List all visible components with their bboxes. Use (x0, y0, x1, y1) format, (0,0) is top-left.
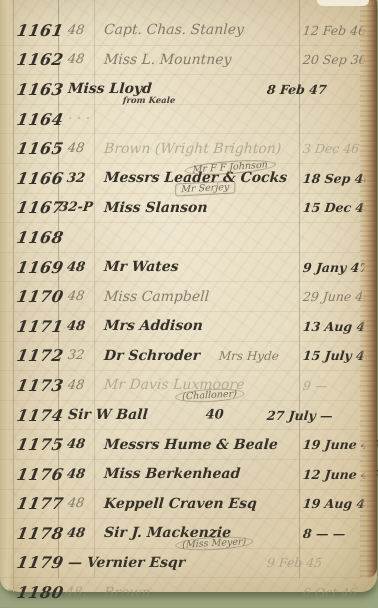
ledger-row: 1171 48 Mrs Addison 13 Aug 46 (0, 312, 360, 342)
name-text: Dr Schroder (103, 348, 200, 364)
name-text: — Vernier Esqr (67, 555, 185, 571)
date-cell: 9 — (298, 378, 361, 393)
fee-cell: 48 (57, 467, 95, 482)
name-cell: Messrs Hume & Beale (93, 437, 299, 453)
fee-cell: 48 (57, 319, 95, 334)
entry-number: 1171 (0, 317, 60, 336)
entry-number: 1165 (0, 139, 60, 158)
ledger-row: 1165 48 Brown (Wright Brighton) 3 Dec 46 (0, 134, 360, 164)
fee-cell: 48. (57, 585, 95, 600)
date-cell: 6 Oct 46 (298, 585, 361, 600)
ledger-row: 1178 48 Sir J. Mackenzie (Miss Meyer) 8 … (0, 519, 360, 549)
mid-note: 40 (205, 408, 224, 423)
ledger-row: 1161 48 Capt. Chas. Stanley 12 Feb 46 (0, 16, 360, 46)
date-cell: 13 Aug 46 (298, 319, 361, 334)
ledger-row: 1163 Miss Lloyd from Keale 8 Feb 47 (0, 75, 360, 105)
ledger-row: 1172 32 Dr Schroder Mrs Hyde 15 July 46 (0, 342, 360, 372)
name-cell: Miss Slanson (93, 200, 299, 216)
date-cell: 9 Jany 47 (298, 260, 361, 275)
date-cell: 19 June 46 (298, 437, 361, 452)
date-cell: 19 Aug 46 (298, 496, 361, 511)
name-cell: Capt. Chas. Stanley (93, 22, 299, 38)
entry-number: 1166 (0, 169, 60, 188)
fee-cell: 32-P (57, 200, 95, 215)
date-cell: 20 Sep 36 (298, 52, 361, 67)
entry-number: 1176 (0, 465, 60, 484)
name-text: Miss Berkenhead (103, 466, 240, 482)
name-cell: Keppell Craven Esq (93, 496, 299, 512)
name-cell: Mr Davis Luxmoore (Challoner) (93, 377, 299, 393)
fee-cell: 48 (57, 437, 95, 452)
book-fore-edge (360, 0, 377, 578)
adjacent-page-sliver (317, 0, 369, 6)
entry-number: 1180 (0, 583, 60, 602)
date-cell: 15 July 46 (298, 348, 361, 363)
name-text: Mrs Addison (103, 318, 203, 334)
date-cell: 18 Sep 46 (298, 171, 361, 186)
name-cell: Mr Wates (93, 259, 299, 275)
name-text: Sir W Ball (67, 407, 148, 423)
name-text: Brown (103, 585, 151, 601)
entry-number: 1161 (0, 21, 60, 40)
name-cell: Mr F F Johnson Messrs Leader & Cocks Mr … (93, 170, 299, 186)
fee-cell: 48 (57, 378, 95, 393)
date-cell: 29 June 46 (298, 289, 361, 304)
fee-cell: 48 (57, 496, 95, 511)
entry-number: 1167 (0, 198, 60, 217)
name-cell: Miss Campbell (93, 289, 299, 305)
entry-number: 1172 (0, 346, 60, 365)
ledger-row: 1162 48 Miss L. Mountney 20 Sep 36 (0, 46, 360, 76)
ledger-rows: 1161 48 Capt. Chas. Stanley 12 Feb 46 11… (0, 16, 360, 608)
name-text: Miss L. Mountney (103, 52, 232, 68)
ledger-row: 1176 48 Miss Berkenhead 12 June 46 (0, 460, 360, 490)
entry-number: 1164 (0, 110, 60, 129)
ledger-row: 1170 48 Miss Campbell 29 June 46 (0, 282, 360, 312)
entry-number: 1174 (0, 406, 60, 425)
entry-number: 1163 (0, 80, 60, 99)
ledger-row: 1174 Sir W Ball 40 27 July — (0, 401, 360, 431)
name-text: Brown (Wright Brighton) (103, 141, 281, 157)
name-text: Miss Slanson (103, 200, 208, 216)
date-cell: 15 Dec 46 (298, 200, 361, 215)
fee-cell: 48 (57, 526, 95, 541)
ledger-row: 1177 48 Keppell Craven Esq 19 Aug 46 (0, 490, 360, 520)
entry-number: 1179 (0, 553, 60, 572)
name-cell: Mrs Addison (93, 318, 299, 334)
name-text: Miss Campbell (103, 289, 209, 305)
entry-number: 1175 (0, 435, 60, 454)
name-cell: Sir J. Mackenzie (Miss Meyer) (93, 525, 299, 541)
date-cell: 9 Feb 45 (262, 555, 325, 570)
date-cell: 3 Dec 46 (298, 141, 361, 156)
name-text: Mr Wates (103, 259, 179, 275)
ledger-row: 1173 48 Mr Davis Luxmoore (Challoner) 9 … (0, 371, 360, 401)
name-cell: Brown (Wright Brighton) (93, 141, 299, 157)
entry-number: 1169 (0, 258, 60, 277)
name-cell: Miss Lloyd from Keale (57, 81, 263, 97)
name-cell: Dr Schroder Mrs Hyde (93, 348, 299, 364)
ledger-row: 1164 · · · (0, 105, 360, 135)
entry-number: 1170 (0, 287, 60, 306)
name-cell: Miss Berkenhead (93, 466, 299, 482)
date-cell: 27 July — (262, 408, 325, 423)
entry-number: 1173 (0, 376, 60, 395)
scanned-ledger-photo: { "document_type": "handwritten-subscrip… (0, 0, 378, 608)
ledger-row: 1167 32-P Miss Slanson 15 Dec 46 (0, 194, 360, 224)
fee-cell: 48 (57, 260, 95, 275)
name-text: · · · (67, 111, 90, 127)
ledger-page: 1161 48 Capt. Chas. Stanley 12 Feb 46 11… (0, 0, 377, 592)
date-cell: 8 — — (298, 526, 361, 541)
name-text: Keppell Craven Esq (103, 496, 257, 512)
date-cell: 8 Feb 47 (262, 82, 325, 97)
entry-number: 1178 (0, 524, 60, 543)
date-cell: 12 Feb 46 (298, 23, 361, 38)
entry-number: 1177 (0, 494, 60, 513)
entry-number: 1168 (0, 228, 60, 247)
fee-cell: 48 (57, 141, 95, 156)
name-cell: Miss L. Mountney (93, 52, 299, 68)
ledger-row: 1166 32 Mr F F Johnson Messrs Leader & C… (0, 164, 360, 194)
name-text: Capt. Chas. Stanley (103, 22, 244, 38)
fee-cell: 32 (57, 171, 95, 186)
fee-cell: 48 (57, 52, 95, 67)
fee-cell: 32 (57, 348, 95, 363)
fee-cell: 48 (57, 289, 95, 304)
entry-number: 1162 (0, 50, 60, 69)
ledger-row: 1168 (0, 223, 360, 253)
name-text: Messrs Hume & Beale (103, 437, 278, 453)
ledger-row: 1175 48 Messrs Hume & Beale 19 June 46 (0, 430, 360, 460)
inline-note: Mrs Hyde (218, 349, 279, 363)
name-cell: Sir W Ball 40 (57, 407, 263, 423)
name-cell: · · · (57, 111, 263, 127)
ledger-row: 1180 48. Brown 6 Oct 46 (0, 578, 360, 608)
name-cell: Brown (93, 585, 299, 601)
ledger-row: 1179 — Vernier Esqr 9 Feb 45 (0, 549, 360, 579)
date-cell: 12 June 46 (298, 467, 361, 482)
name-cell: — Vernier Esqr (57, 555, 263, 571)
fee-cell: 48 (57, 23, 95, 38)
ledger-row: 1169 48 Mr Wates 9 Jany 47 (0, 253, 360, 283)
